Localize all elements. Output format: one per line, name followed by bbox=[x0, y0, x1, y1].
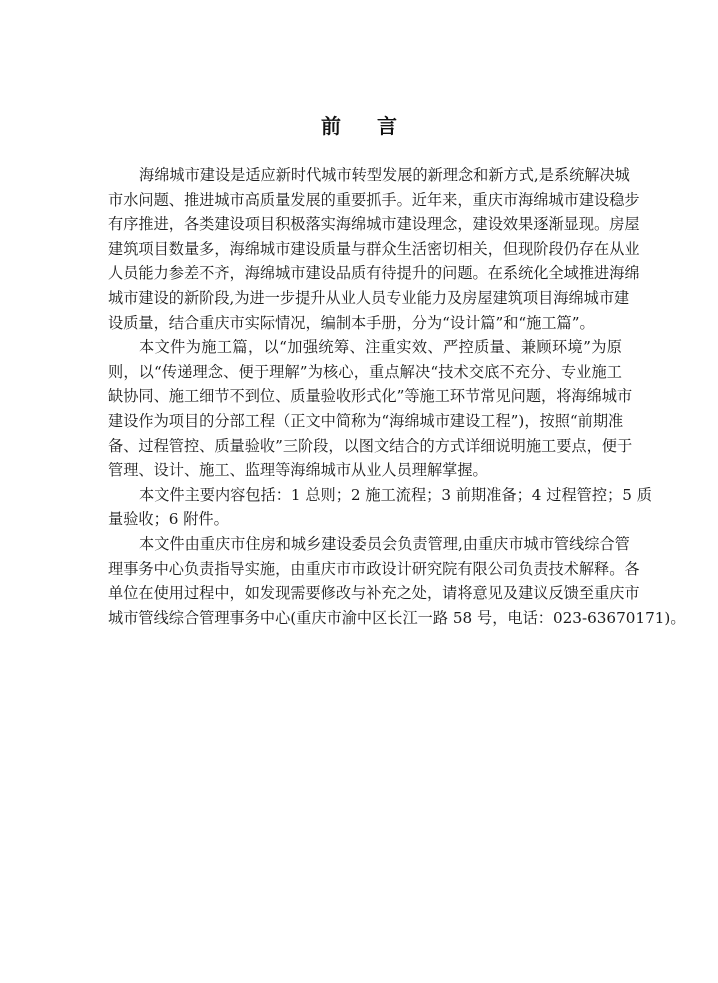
text-line: 单位在使用过程中，如发现需要修改与补充之处，请将意见及建议反馈至重庆市 bbox=[108, 581, 622, 606]
paragraph-1: 海绵城市建设是适应新时代城市转型发展的新理念和新方式,是系统解决城 市水问题、推… bbox=[108, 163, 622, 335]
paragraph-2: 本文件为施工篇，以“加强统筹、注重实效、严控质量、兼顾环境”为原 则，以“传递理… bbox=[108, 335, 622, 483]
text-line: 缺协同、施工细节不到位、质量验收形式化”等施工环节常见问题，将海绵城市 bbox=[108, 384, 622, 409]
text-line: 量验收；6 附件。 bbox=[108, 507, 622, 532]
text-line: 建设作为项目的分部工程（正文中简称为“海绵城市建设工程”)，按照“前期准 bbox=[108, 409, 622, 434]
text-line: 理事务中心负责指导实施，由重庆市市政设计研究院有限公司负责技术解释。各 bbox=[108, 557, 622, 582]
preface-body: 海绵城市建设是适应新时代城市转型发展的新理念和新方式,是系统解决城 市水问题、推… bbox=[108, 163, 622, 630]
text-line: 备、过程管控、质量验收”三阶段，以图文结合的方式详细说明施工要点，便于 bbox=[108, 434, 622, 459]
text-line: 建筑项目数量多，海绵城市建设质量与群众生活密切相关，但现阶段仍存在从业 bbox=[108, 237, 622, 262]
text-line: 则，以“传递理念、便于理解”为核心，重点解决“技术交底不充分、专业施工 bbox=[108, 360, 622, 385]
text-line: 人员能力参差不齐，海绵城市建设品质有待提升的问题。在系统化全域推进海绵 bbox=[108, 261, 622, 286]
title-char-1: 前 bbox=[321, 110, 341, 139]
text-line: 设质量，结合重庆市实际情况，编制本手册，分为“设计篇”和“施工篇”。 bbox=[108, 311, 622, 336]
title-char-2: 言 bbox=[377, 110, 397, 139]
text-line: 管理、设计、施工、监理等海绵城市从业人员理解掌握。 bbox=[108, 458, 622, 483]
paragraph-3: 本文件主要内容包括：1 总则；2 施工流程；3 前期准备；4 过程管控；5 质 … bbox=[108, 483, 622, 532]
paragraph-4: 本文件由重庆市住房和城乡建设委员会负责管理,由重庆市城市管线综合管 理事务中心负… bbox=[108, 532, 622, 630]
document-page: 前言 海绵城市建设是适应新时代城市转型发展的新理念和新方式,是系统解决城 市水问… bbox=[0, 0, 718, 983]
text-line: 本文件主要内容包括：1 总则；2 施工流程；3 前期准备；4 过程管控；5 质 bbox=[108, 483, 622, 508]
text-line: 本文件由重庆市住房和城乡建设委员会负责管理,由重庆市城市管线综合管 bbox=[108, 532, 622, 557]
text-line: 城市建设的新阶段,为进一步提升从业人员专业能力及房屋建筑项目海绵城市建 bbox=[108, 286, 622, 311]
text-line: 海绵城市建设是适应新时代城市转型发展的新理念和新方式,是系统解决城 bbox=[108, 163, 622, 188]
text-line: 城市管线综合管理事务中心(重庆市渝中区长江一路 58 号，电话：023-6367… bbox=[108, 606, 622, 631]
text-line: 市水问题、推进城市高质量发展的重要抓手。近年来，重庆市海绵城市建设稳步 bbox=[108, 188, 622, 213]
page-title: 前言 bbox=[0, 110, 718, 139]
text-line: 有序推进，各类建设项目积极落实海绵城市建设理念，建设效果逐渐显现。房屋 bbox=[108, 212, 622, 237]
text-line: 本文件为施工篇，以“加强统筹、注重实效、严控质量、兼顾环境”为原 bbox=[108, 335, 622, 360]
